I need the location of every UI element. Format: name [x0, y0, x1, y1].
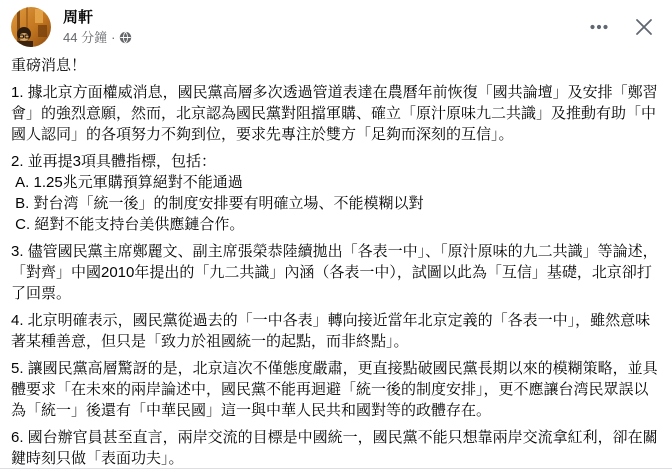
- timestamp-row: 44 分鐘 ·: [63, 29, 586, 46]
- post-paragraph: 5. 讓國民黨高層驚訝的是，北京這次不僅態度嚴肅，更直接點破國民黨長期以來的模糊…: [11, 358, 661, 421]
- ellipsis-icon: [588, 16, 610, 38]
- separator-dot: ·: [111, 29, 115, 46]
- author-name[interactable]: 周軒: [63, 8, 586, 27]
- avatar-image: [11, 7, 51, 47]
- globe-public-icon: [119, 31, 132, 44]
- bottom-divider: [0, 468, 672, 469]
- post-paragraph: 6. 國台辦官員甚至直言，兩岸交流的目標是中國統一，國民黨不能只想靠兩岸交流拿紅…: [11, 427, 661, 469]
- facebook-post-card: 周軒 44 分鐘 ·: [0, 0, 672, 473]
- post-paragraph: 4. 北京明確表示，國民黨從過去的「一中各表」轉向接近當年北京定義的「各表一中」…: [11, 310, 661, 352]
- close-button[interactable]: [632, 15, 656, 39]
- post-paragraph: 1. 據北京方面權威消息，國民黨高層多次透過管道表達在農曆年前恢復「國共論壇」及…: [11, 82, 661, 145]
- header-meta: 周軒 44 分鐘 ·: [63, 7, 586, 46]
- more-options-button[interactable]: [586, 14, 612, 40]
- post-paragraph: 3. 儘管國民黨主席鄭麗文、副主席張榮恭陸續拋出「各表一中」、「原汁原味的九二共…: [11, 241, 661, 304]
- post-content: 重磅消息！1. 據北京方面權威消息，國民黨高層多次透過管道表達在農曆年前恢復「國…: [0, 47, 672, 469]
- avatar[interactable]: [11, 7, 51, 47]
- header-actions: [586, 7, 658, 40]
- post-paragraph: 重磅消息！: [11, 55, 661, 76]
- post-header: 周軒 44 分鐘 ·: [0, 0, 672, 47]
- post-paragraph: 2. 並再提3項具體指標，包括： A. 1.25兆元軍購預算絕對不能通過 B. …: [11, 151, 661, 235]
- close-icon: [634, 17, 654, 37]
- timestamp[interactable]: 44 分鐘: [63, 29, 107, 46]
